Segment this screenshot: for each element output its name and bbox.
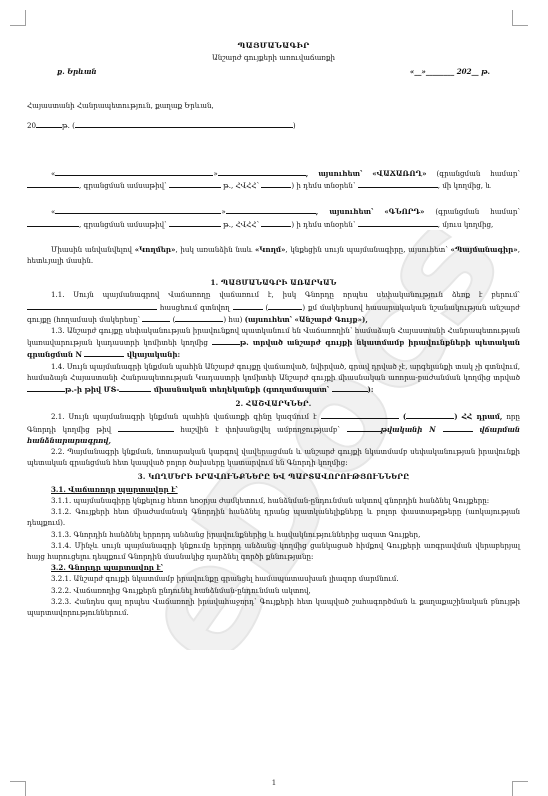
blank-field[interactable] xyxy=(358,218,438,227)
date-line: 20թ. () xyxy=(27,119,520,131)
subsection-3-2-title: 3.2. Գնորդը պարտավոր է՝ xyxy=(27,562,520,573)
blank-field[interactable] xyxy=(261,218,291,227)
clause-2-2: 2.2. Պայմանագրի կնքման, նոտարական կարգով… xyxy=(27,446,520,468)
place-full: Հայաստանի Հանրապետություն, քաղաք Երևան, xyxy=(27,100,520,111)
clause-3-1-1: 3.1.1. պայմանագիրը կնքելուց հետո եռօրյա … xyxy=(27,495,520,506)
blank-field[interactable] xyxy=(233,301,263,310)
clause-3-1-2: 3.1.2. Գույքերի հետ միաժամանակ Գնորդին հ… xyxy=(27,506,520,528)
blank-field[interactable] xyxy=(321,410,399,419)
clause-1-4: 1.4. Սույն պայմանագրի կնքման պահին Անշար… xyxy=(27,361,520,396)
clause-3-2-3: 3.2.3. Հանդես գալ որպես Վաճառողի իրավահա… xyxy=(27,596,520,618)
blank-field[interactable] xyxy=(142,313,170,322)
blank-field[interactable] xyxy=(443,423,473,432)
buyer-paragraph: «», այսուհետ՝ «ԳՆՈՐԴ» (գրանցման համար՝ ,… xyxy=(27,205,520,229)
blank-field[interactable] xyxy=(268,301,302,310)
blank-field[interactable] xyxy=(27,383,65,392)
blank-field[interactable] xyxy=(332,383,368,392)
date-template: «__»________ 202__ թ. xyxy=(410,66,490,77)
place-short: ք. Երևան xyxy=(57,66,97,77)
clause-3-1-4: 3.1.4. Մինչև սույն պայմանագրի կնքումը եր… xyxy=(27,540,520,562)
section-1-title: 1. ՊԱՅՄԱՆԱԳՐԻ ԱՌԱՐԿԱՆ xyxy=(27,277,520,288)
document-page: eDocs ՊԱՅՄԱՆԱԳԻՐ Անշարժ գույքերի առուվաճ… xyxy=(0,0,548,796)
blank-field[interactable] xyxy=(169,218,221,227)
page-corner-mark xyxy=(10,10,26,26)
section-3-title: 3. ԿՈՂՄԵՐԻ ԻՐԱՎՈՒՆՔՆԵՐԸ ԵՎ ՊԱՐՏԱՎՈՐՈՒԹՅՈ… xyxy=(27,471,520,482)
blank-field[interactable] xyxy=(169,179,221,188)
blank-field[interactable] xyxy=(119,383,151,392)
blank-field[interactable] xyxy=(27,179,79,188)
blank-field[interactable] xyxy=(212,336,240,345)
section-2-title: 2. ՀԱՇՎԱՐԿՆԵՐ. xyxy=(27,398,520,409)
blank-field[interactable] xyxy=(118,423,174,432)
place-date-row: ք. Երևան «__»________ 202__ թ. xyxy=(27,66,520,77)
clause-1-1: 1.1. Սույն պայմանագրով Վաճառողը վաճառում… xyxy=(27,289,520,325)
blank-field[interactable] xyxy=(261,179,291,188)
blank-field[interactable] xyxy=(226,205,316,214)
page-corner-mark xyxy=(512,10,528,26)
clause-3-2-2: 3.2.2. Վաճառողից Գույքերն ընդունել հանձն… xyxy=(27,585,520,596)
blank-field[interactable] xyxy=(406,410,454,419)
clause-3-2-1: 3.2.1. Անշարժ գույքի նկատմամբ իրավունքը … xyxy=(27,573,520,584)
blank-field[interactable] xyxy=(55,167,213,176)
blank-field[interactable] xyxy=(84,348,124,357)
clause-1-3: 1.3. Անշարժ գույքը սեփականության իրավուն… xyxy=(27,325,520,361)
blank-field[interactable] xyxy=(175,313,223,322)
document-body: ՊԱՅՄԱՆԱԳԻՐ Անշարժ գույքերի առուվաճառքի ք… xyxy=(27,40,520,618)
blank-field[interactable] xyxy=(75,119,293,128)
parties-definition: Միասին անվանվելով «Կողմեր», իսկ առանձին … xyxy=(27,244,520,266)
buyer-role: «ԳՆՈՐԴ» xyxy=(384,207,424,216)
document-title: ՊԱՅՄԱՆԱԳԻՐ xyxy=(27,40,520,51)
blank-field[interactable] xyxy=(55,205,221,214)
seller-role: «ՎԱՃԱՌՈՂ» xyxy=(372,169,426,178)
clause-2-1: 2.1. Սույն պայմանագրի կնքման պահին վաճառ… xyxy=(27,410,520,446)
blank-field[interactable] xyxy=(347,423,381,432)
blank-field[interactable] xyxy=(27,301,157,310)
subsection-3-1-title: 3.1. Վաճառողը պարտավոր է՝ xyxy=(27,484,520,495)
blank-field[interactable] xyxy=(358,179,438,188)
blank-field[interactable] xyxy=(218,167,306,176)
blank-field[interactable] xyxy=(27,218,79,227)
blank-field[interactable] xyxy=(36,119,62,128)
seller-paragraph: «», այսուհետ՝ «ՎԱՃԱՌՈՂ» (գրանցման համար՝… xyxy=(27,167,520,191)
page-number: 1 xyxy=(0,778,548,787)
clause-3-1-3: 3.1.3. Գնորդին հանձնել երրորդ անձանց իրա… xyxy=(27,529,520,540)
document-subtitle: Անշարժ գույքերի առուվաճառքի xyxy=(27,52,520,63)
